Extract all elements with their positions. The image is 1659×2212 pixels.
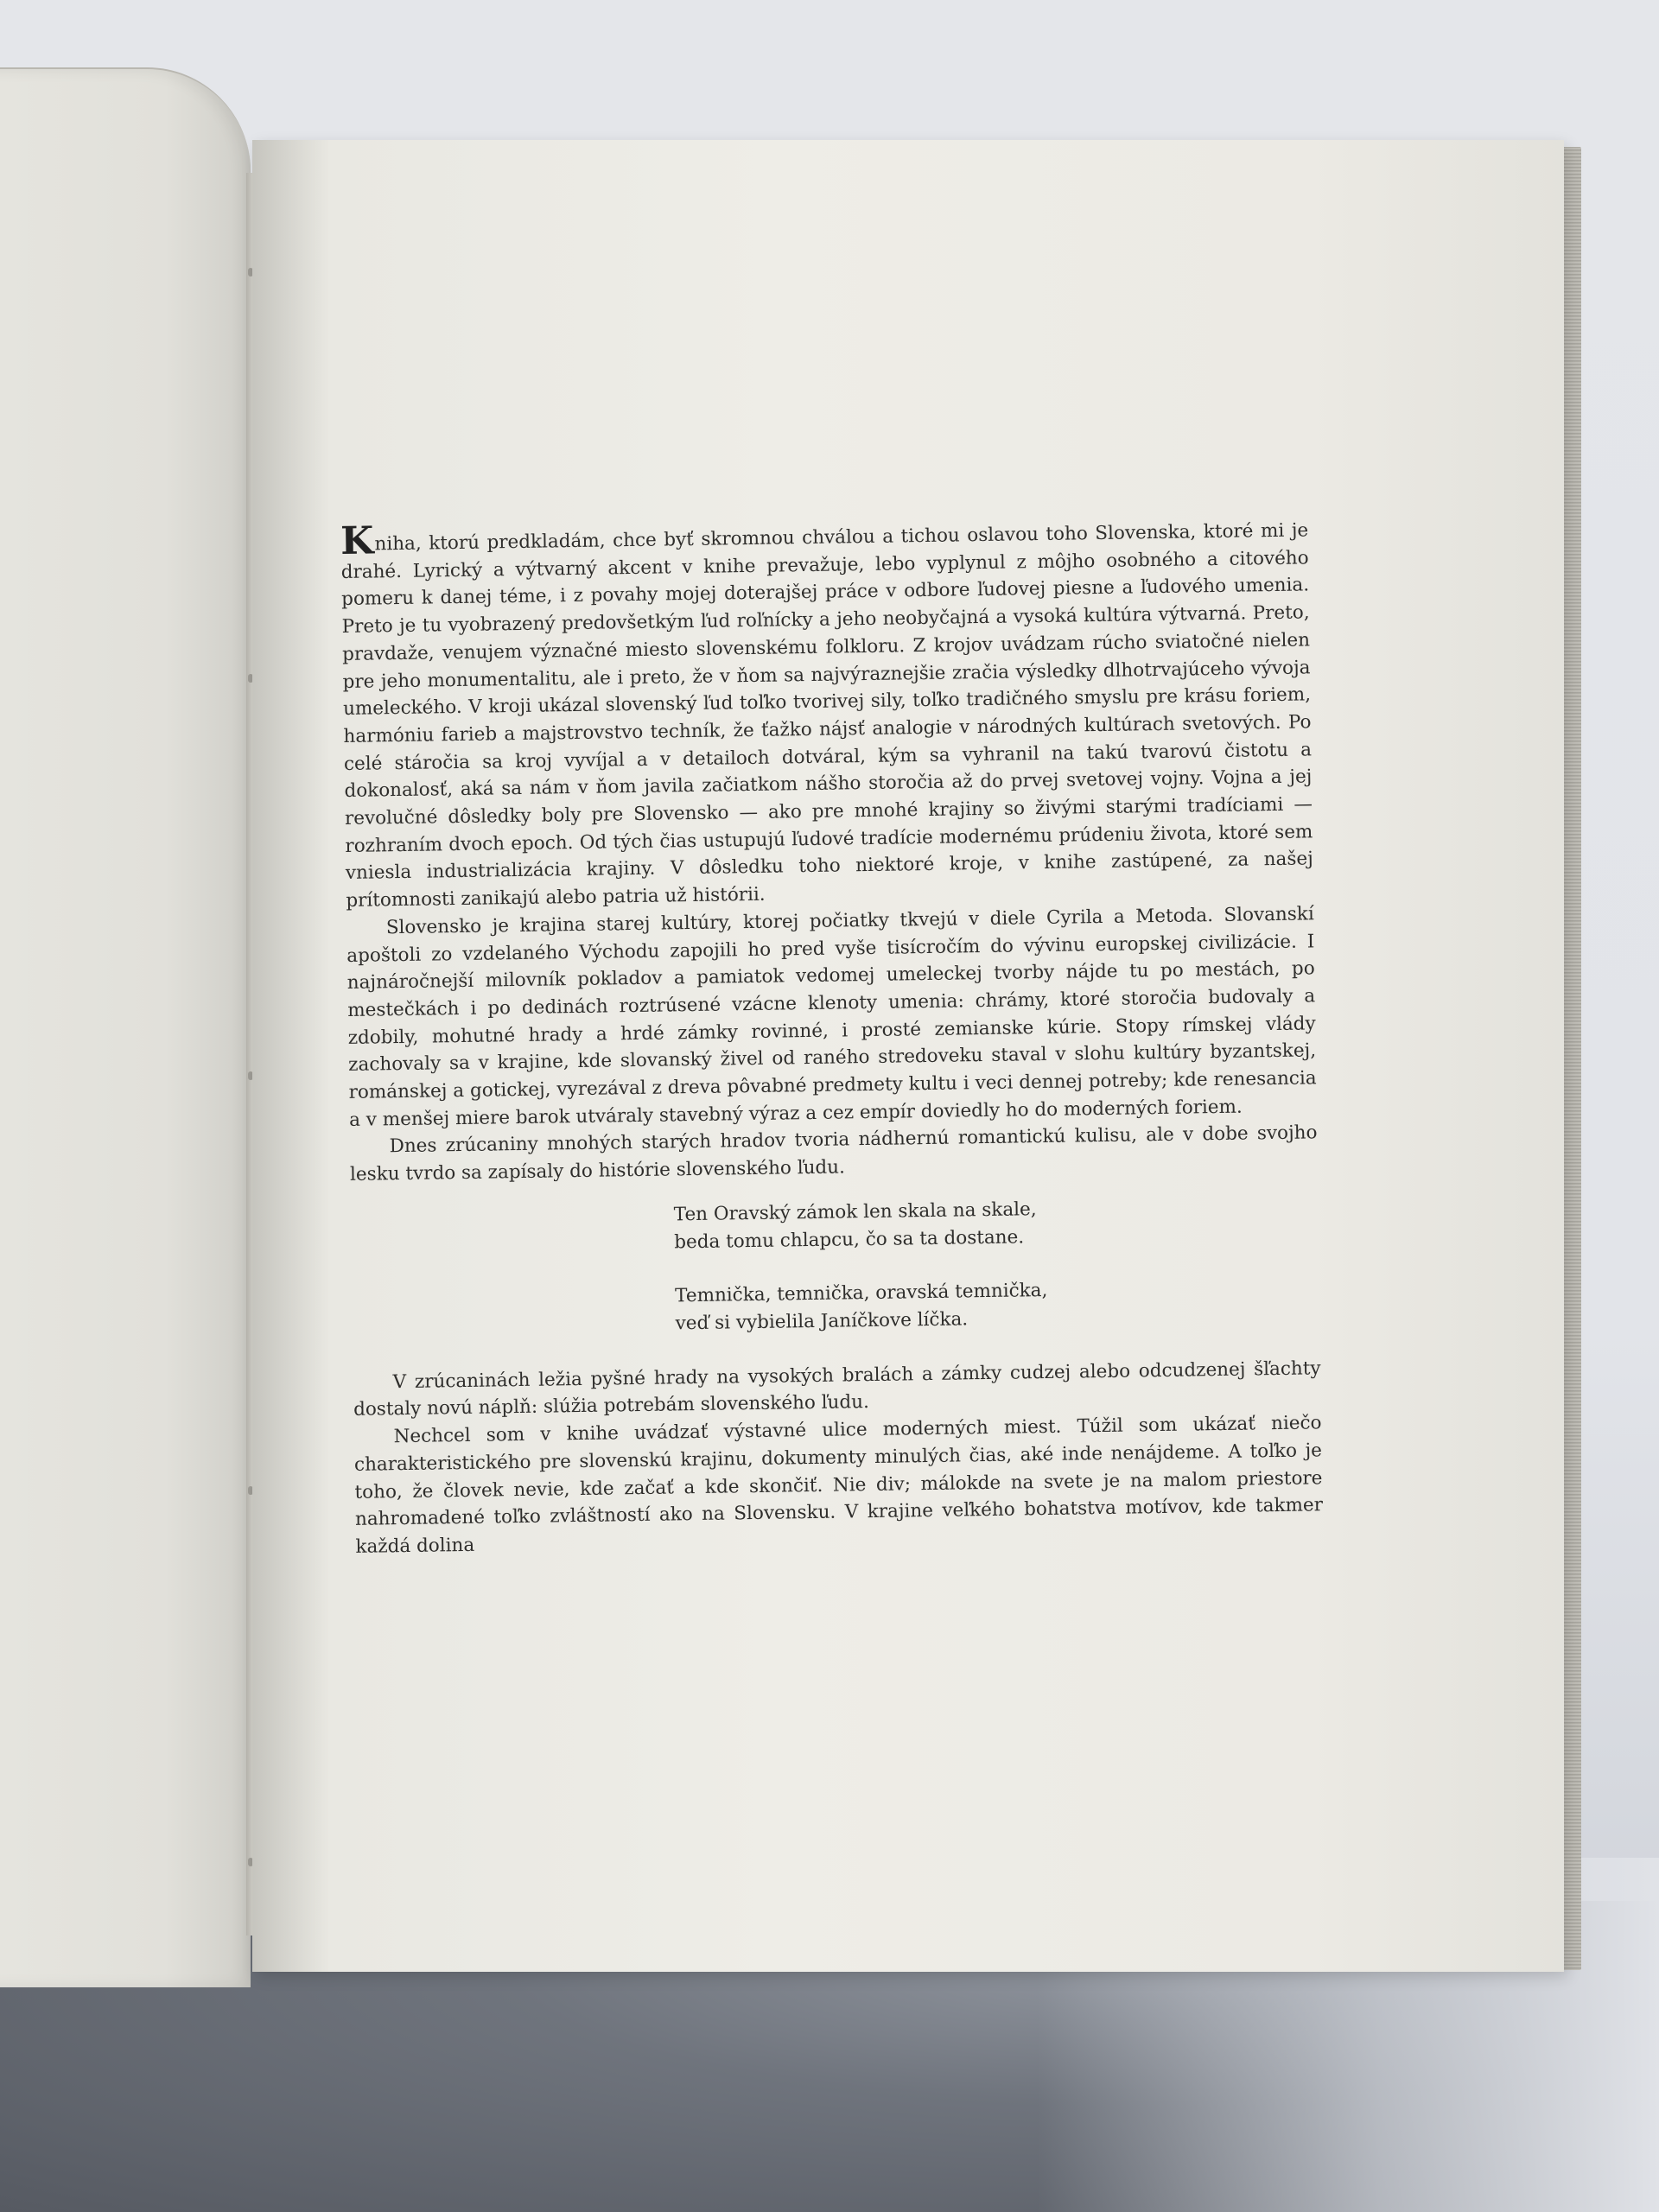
folk-song-verse: Ten Oravský zámok len skala na skale, be… [674,1192,1320,1338]
gutter-shadow [252,140,330,1972]
verse-stanza: Temnička, temnička, oravská temnička, ve… [675,1274,1320,1338]
page-text: Kniha, ktorú predkladám, chce byť skromn… [340,514,1324,1560]
paragraph-landscape: Nechcel som v knihe uvádzať výstavné uli… [353,1409,1323,1560]
paragraph-text: niha, ktorú predkladám, chce byť skromno… [341,519,1313,912]
verse-stanza: Ten Oravský zámok len skala na skale, be… [674,1192,1319,1255]
left-page [0,67,251,1987]
paragraph-culture: Slovensko je krajina starej kultúry, kto… [346,900,1318,1134]
page-edges [1562,147,1581,1970]
drop-cap: K [340,518,374,563]
paragraph-intro: Kniha, ktorú predkladám, chce byť skromn… [340,514,1314,914]
